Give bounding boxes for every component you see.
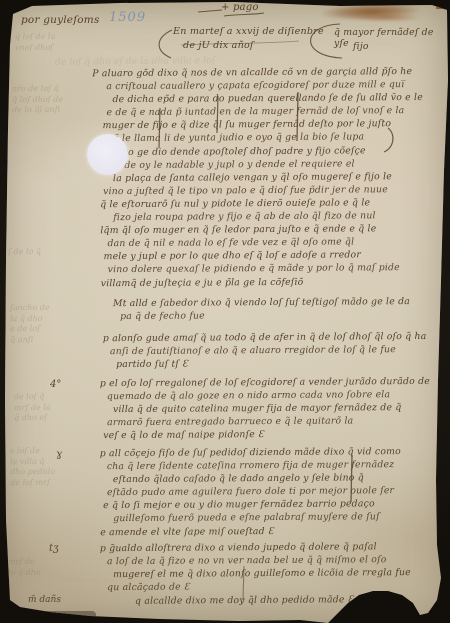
right-margin-note-line2: fijo (353, 41, 369, 52)
text-line: vino dolere quexaſ le pidiendo e q̃ mãde… (108, 261, 446, 276)
bleedthrough-line: e loſ de (10, 446, 55, 457)
bleedthrough-cluster: ſancho de la q̃ dho e de loſ q̃ anſi (10, 303, 50, 345)
date-heading-line1: En marteſ a xxvij de diſienbre (173, 26, 324, 37)
bleedthrough-line: lo q̃ dho (8, 567, 41, 578)
paragraph-2: p alonſo gude amaſ q̃ ua todo q̃ de afer… (103, 330, 443, 372)
margin-mark-flourish: ɣ (56, 449, 62, 460)
bleedthrough-cluster: ſ de lo q̃ (8, 247, 41, 258)
scan-background: de loſ q̃ dho eſ de la dha villa e loſ q… (0, 0, 450, 623)
bleedthrough-line: de loſ q̃ (14, 392, 51, 403)
bleedthrough-cluster: q̃ loſ de la vnoſ dhoſ (15, 32, 55, 53)
bleedthrough-line: de loſ mrſ (10, 477, 55, 488)
bleedthrough-line: q̃ loſ dhoſ de (12, 94, 63, 105)
paragraph-4: p all cõçejo fiſo de ſuſ pedidoſ diziend… (100, 445, 446, 539)
text-line: anſi de ſautiſtianoſ e alo q̃ e aluaro r… (110, 343, 443, 358)
bleedthrough-line: dho pedido (10, 467, 55, 478)
bleedthrough-line: mrſ de la (14, 402, 51, 413)
paragraph-1-closing: Mt alld e ſabedor dixo q̃ viendo loſ ſuſ… (113, 295, 443, 323)
bleedthrough-cluster: nr̃o de loſ q̃ q̃ loſ dhoſ de de lo q̃l … (12, 84, 63, 116)
payment-mark: + pago (221, 2, 259, 13)
payment-dash (198, 10, 222, 12)
text-line: p el oſo loſ rregaloneſ de loſ eſcogidor… (100, 375, 445, 391)
ink-stain-secondary (352, 13, 422, 22)
text-line: q alcallde dixo me doy q̃l dho pedido mã… (135, 593, 354, 608)
text-line: villamq̃ de juſteçia e ju e p̃la ge la c… (101, 274, 446, 290)
text-line: qu alcãçado de Ɛ (107, 579, 445, 594)
paragraph-1: P aluaro gōd dixo q̃ nos de vn alcallde … (99, 65, 446, 290)
bleedthrough-line: la villa q̃ (10, 456, 55, 467)
archival-number: 1509 (109, 10, 146, 25)
bleedthrough-line: vnoſ dhoſ (15, 42, 55, 53)
bleedthrough-line: de lo q̃l anſi (12, 105, 63, 116)
manuscript-page: de loſ q̃ dho eſ de la dha villa e loſ q… (0, 0, 450, 623)
text-line: veſ e q̃ lo de maſ naipe pidonſe Ɛ (103, 427, 445, 442)
bleedthrough-line: q̃ anſi (10, 334, 50, 345)
bleedthrough-line: nr̃o de loſ q̃ (12, 84, 63, 95)
right-margin-note-line1: q̃ mayor fernãdeſ de yſe (334, 27, 450, 49)
paragraph-5: p g̃ualdo alloſtrera dixo a viendo juped… (100, 540, 445, 595)
margin-mark-4: 4° (50, 379, 61, 390)
text-line: Mt alld e ſabedor dixo q̃ viendo loſ ſuſ… (113, 295, 443, 310)
closing-line: q alcallde dixo me doy q̃l dho pedido mã… (135, 593, 354, 608)
text-line: cha q̃ lere ſidente cateſina rromero fij… (107, 458, 445, 473)
bleedthrough-cluster: de loſ q̃ mrſ de la q̃ dho eſ (14, 392, 51, 424)
bleedthrough-cluster: mrſ de lo q̃ dho (8, 557, 41, 578)
text-line: e amende el vlte ſape miſ oueſtad Ɛ (100, 523, 445, 539)
bleedthrough-cluster: e loſ de la villa q̃ dho pedido de loſ m… (10, 446, 56, 488)
text-line: mugereſ el me q̃ dixo alonſo guilleſomo … (113, 566, 445, 581)
bleedthrough-line: q̃ loſ de la (15, 32, 55, 43)
text-line: partido ſuſ tſ Ɛ (116, 356, 443, 371)
bleedthrough-line: q̃ dho eſ (14, 413, 51, 424)
date-heading-line2: de jU dix añoſ (183, 40, 254, 51)
bleedthrough-line: ſ de lo q̃ (8, 247, 41, 258)
bleedthrough-line: mrſ de (8, 557, 41, 568)
margin-mark-tt: tʒ (49, 543, 59, 554)
text-line: pa q̃ de fecho fue (120, 308, 443, 323)
top-left-note: por guyleſoms (21, 14, 100, 26)
torn-paper-fragment (4, 611, 96, 622)
text-line: villa q̃ de quito catelina muger fija de… (113, 401, 445, 416)
bottom-margin-note: m̃ dañs (28, 595, 61, 605)
punch-hole (87, 134, 128, 175)
bleedthrough-line: la q̃ dho (10, 313, 50, 324)
payment-underline (224, 13, 264, 16)
paragraph-3: p el oſo loſ rregaloneſ de loſ eſcogidor… (100, 375, 445, 443)
bleedthrough-line: ſancho de (10, 303, 50, 314)
corner-red-marks (436, 2, 446, 16)
bleedthrough-line: e de loſ (10, 324, 50, 335)
